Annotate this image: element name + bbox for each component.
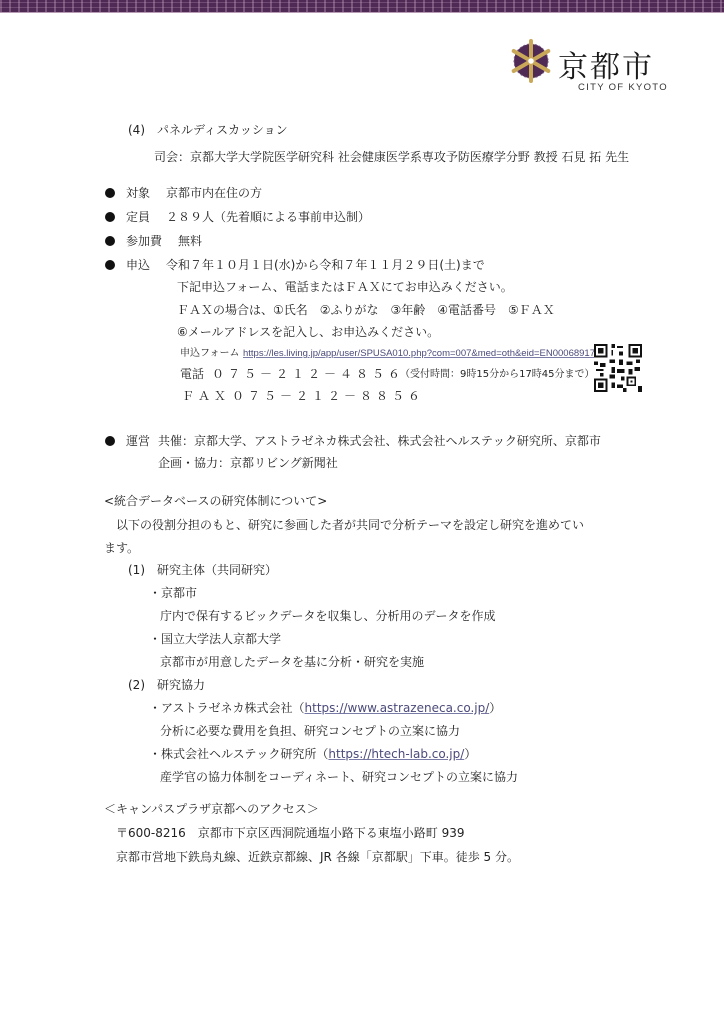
- research-member-name: ・京都市: [149, 585, 197, 601]
- research-partner-desc: 産学官の協力体制をコーディネート、研究コンセプトの立案に協力: [160, 769, 518, 785]
- detail-value-target: 京都市内在住の方: [166, 185, 262, 201]
- astrazeneca-link[interactable]: https://www.astrazeneca.co.jp/: [305, 701, 490, 715]
- research-partner-name: ・株式会社ヘルステック研究所（: [149, 747, 328, 761]
- form-label: 申込フォーム: [180, 346, 240, 362]
- apply-instructions-2: ＦＡＸの場合は、①氏名 ②ふりがな ③年齢 ④電話番号 ⑤ＦＡＸ: [177, 302, 555, 318]
- research-partner-desc: 分析に必要な費用を負担、研究コンセプトの立案に協力: [160, 723, 460, 739]
- bullet-icon: [105, 236, 115, 246]
- research-section1-heading: (1) 研究主体（共同研究）: [128, 562, 277, 578]
- paren-close: ）: [464, 747, 476, 761]
- research-member-desc: 京都市が用意したデータを基に分析・研究を実施: [160, 654, 424, 670]
- operation-organizers: 共催：京都大学、アストラゼネカ株式会社、株式会社ヘルステック研究所、京都市: [158, 433, 601, 449]
- detail-label-capacity: 定員: [126, 209, 150, 225]
- logo-subtitle: CITY OF KYOTO: [578, 82, 668, 93]
- phone-hours: （受付時間：9時15分から17時45分まで）: [400, 367, 595, 383]
- detail-label-fee: 参加費: [126, 233, 162, 249]
- application-form-link[interactable]: https://les.living.jp/app/user/SPUSA010.…: [243, 346, 595, 362]
- bullet-icon: [105, 188, 115, 198]
- research-heading: <統合データベースの研究体制について>: [104, 493, 327, 509]
- fax-number: ０７５－２１２－８８５６: [232, 388, 424, 404]
- phone-label: 電話: [180, 366, 204, 382]
- operation-label: 運営: [126, 433, 150, 449]
- research-intro-2: ます。: [104, 540, 139, 556]
- paren-close: ）: [489, 701, 501, 715]
- qr-code-icon[interactable]: [594, 344, 642, 392]
- decorative-top-band: [0, 0, 724, 13]
- logo-title: 京都市: [558, 42, 654, 86]
- htech-lab-link[interactable]: https://htech-lab.co.jp/: [328, 747, 464, 761]
- research-partner-name: ・アストラゼネカ株式会社（: [149, 701, 305, 715]
- research-member-desc: 庁内で保有するビックデータを収集し、分析用のデータを作成: [160, 608, 496, 624]
- detail-value-capacity: ２８９人（先着順による事前申込制）: [166, 209, 370, 225]
- detail-label-target: 対象: [126, 185, 150, 201]
- research-partner-row: ・アストラゼネカ株式会社（https://www.astrazeneca.co.…: [149, 700, 501, 716]
- bullet-icon: [105, 436, 115, 446]
- bullet-icon: [105, 260, 115, 270]
- apply-instructions-3: ⑥メールアドレスを記入し、お申込みください。: [177, 324, 439, 340]
- research-partner-row: ・株式会社ヘルステック研究所（https://htech-lab.co.jp/）: [149, 746, 476, 762]
- access-heading: ＜キャンパスプラザ京都へのアクセス＞: [104, 801, 319, 817]
- panel-heading: (4) パネルディスカッション: [128, 122, 288, 138]
- panel-moderator: 司会：京都大学大学院医学研究科 社会健康医学系専攻予防医療学分野 教授 石見 拓…: [154, 149, 629, 165]
- kyoto-city-logo: 京都市 CITY OF KYOTO: [508, 38, 688, 98]
- kyoto-crest-icon: [508, 38, 554, 84]
- fax-label: ＦＡＸ: [182, 388, 230, 404]
- detail-label-apply: 申込: [126, 257, 150, 273]
- access-address: 〒600-8216 京都市下京区西洞院通塩小路下る東塩小路町 939: [116, 825, 465, 841]
- apply-instructions-1: 下記申込フォーム、電話またはＦＡＸにてお申込みください。: [177, 279, 513, 295]
- detail-value-apply: 令和７年１０月１日(水)から令和７年１１月２９日(土)まで: [166, 257, 485, 273]
- research-intro-1: 以下の役割分担のもと、研究に参画した者が共同で分析テーマを設定し研究を進めてい: [104, 517, 584, 533]
- access-directions: 京都市営地下鉄烏丸線、近鉄京都線、JR 各線「京都駅」下車。徒歩 5 分。: [116, 849, 519, 865]
- phone-number: ０７５－２１２－４８５６: [212, 366, 404, 382]
- research-member-name: ・国立大学法人京都大学: [149, 631, 281, 647]
- detail-value-fee: 無料: [178, 233, 202, 249]
- research-section2-heading: (2) 研究協力: [128, 677, 205, 693]
- bullet-icon: [105, 212, 115, 222]
- operation-planning: 企画・協力：京都リビング新聞社: [158, 455, 338, 471]
